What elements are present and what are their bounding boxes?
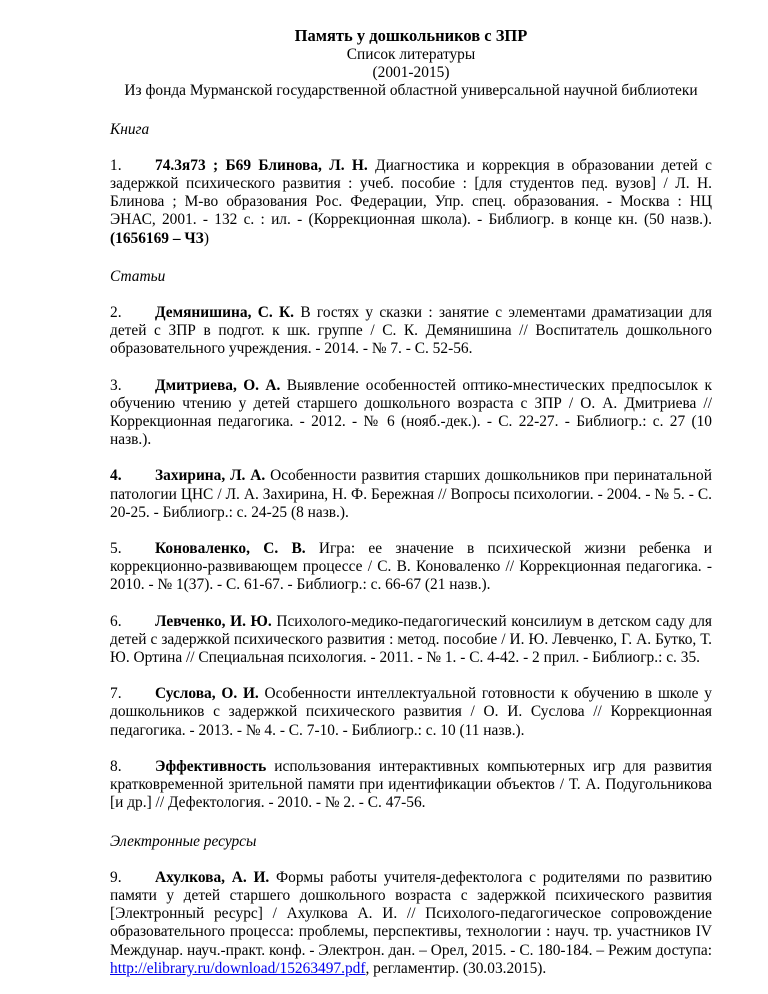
resource-link[interactable]: http://elibrary.ru/download/15263497.pdf xyxy=(110,960,365,977)
entry-number: 8. xyxy=(110,758,155,776)
entry-author: Левченко, И. Ю. xyxy=(155,613,272,630)
entry-description-after: , регламентир. (30.03.2015). xyxy=(365,960,546,977)
bibliography-entry: 6.Левченко, И. Ю. Психолого-медико-педаг… xyxy=(110,613,712,668)
document-header: Память у дошкольников с ЗПР Список литер… xyxy=(100,26,722,101)
entry-number: 9. xyxy=(110,869,155,887)
bibliography-entry: 8.Эффективность использования интерактив… xyxy=(110,758,712,813)
bibliography-entry: 3.Дмитриева, О. А. Выявление особенносте… xyxy=(110,377,712,450)
entry-number: 2. xyxy=(110,304,155,322)
bibliography-entry: 7.Суслова, О. И. Особенности интеллектуа… xyxy=(110,685,712,740)
entry-author: Суслова, О. И. xyxy=(155,685,259,702)
entry-author: Эффективность xyxy=(155,758,266,775)
document-years: (2001-2015) xyxy=(100,64,722,82)
entry-holding: (1656169 – ЧЗ xyxy=(110,230,204,247)
document-source: Из фонда Мурманской государственной обла… xyxy=(100,82,722,100)
section-heading-electronic: Электронные ресурсы xyxy=(110,833,712,851)
entry-number: 7. xyxy=(110,685,155,703)
entry-number: 5. xyxy=(110,540,155,558)
bibliography-entry: 1.74.3я73 ; Б69 Блинова, Л. Н. Диагности… xyxy=(110,157,712,248)
section-heading-articles: Статьи xyxy=(110,268,712,286)
bibliography-entry: 4.Захирина, Л. А. Особенности развития с… xyxy=(110,467,712,522)
entry-author: Коноваленко, С. В. xyxy=(155,540,306,557)
entry-author: Ахулкова, А. И. xyxy=(155,869,269,886)
section-heading-book: Книга xyxy=(110,121,712,139)
bibliography-entry: 5.Коноваленко, С. В. Игра: ее значение в… xyxy=(110,540,712,595)
entry-author: 74.3я73 ; Б69 Блинова, Л. Н. xyxy=(155,157,368,174)
entry-number: 4. xyxy=(110,467,155,485)
entry-author: Демянишина, С. К. xyxy=(155,304,294,321)
bibliography-entry: 2.Демянишина, С. К. В гостях у сказки : … xyxy=(110,304,712,359)
entry-number: 6. xyxy=(110,613,155,631)
entry-holding-end: ) xyxy=(204,230,209,247)
document-subtitle: Список литературы xyxy=(100,46,722,64)
document-title: Память у дошкольников с ЗПР xyxy=(100,26,722,46)
entry-author: Дмитриева, О. А. xyxy=(155,377,280,394)
document-page: Память у дошкольников с ЗПР Список литер… xyxy=(110,26,712,978)
bibliography-entry: 9.Ахулкова, А. И. Формы работы учителя-д… xyxy=(110,869,712,978)
entry-author: Захирина, Л. А. xyxy=(155,467,265,484)
entry-number: 3. xyxy=(110,377,155,395)
entry-number: 1. xyxy=(110,157,155,175)
